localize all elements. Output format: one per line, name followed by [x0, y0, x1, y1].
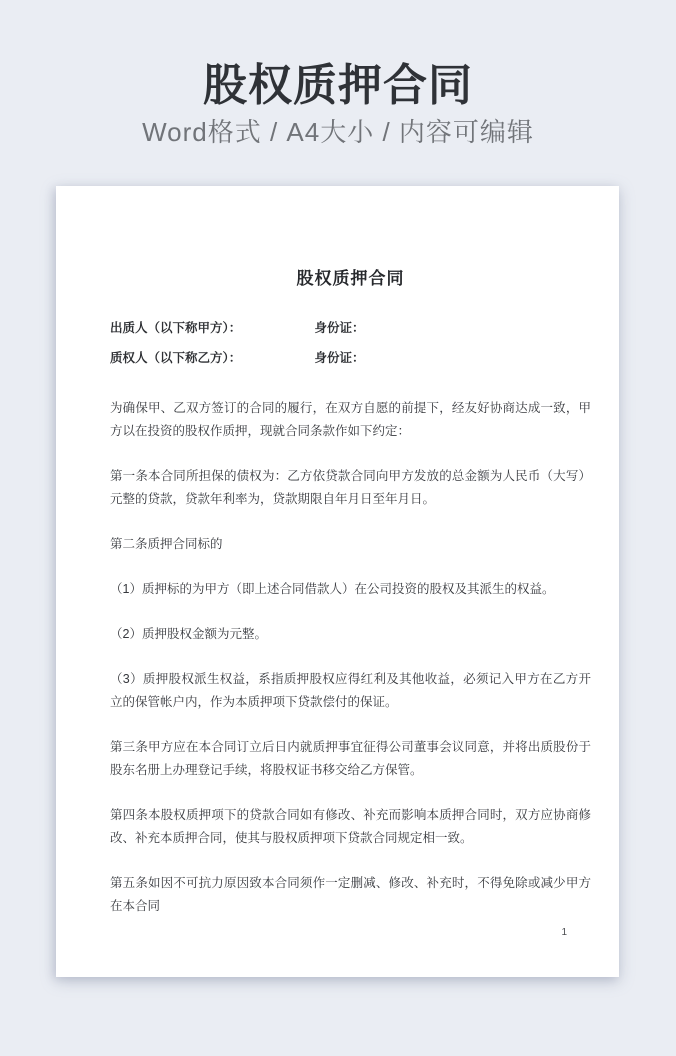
party-row-pledgee: 质权人（以下称乙方）： 身份证： [110, 347, 591, 370]
party-id-label: 身份证： [314, 351, 364, 365]
doc-paragraph: （2）质押股权金额为元整。 [110, 623, 591, 646]
party-row-pledgor: 出质人（以下称甲方）： 身份证： [110, 317, 591, 340]
doc-paragraph: 第一条本合同所担保的债权为：乙方依贷款合同向甲方发放的总金额为人民币（大写）元整… [110, 465, 591, 511]
doc-paragraph: 为确保甲、乙双方签订的合同的履行，在双方自愿的前提下，经友好协商达成一致，甲方以… [110, 397, 591, 443]
page-subtitle: Word格式 / A4大小 / 内容可编辑 [0, 118, 676, 148]
doc-paragraph: 第二条质押合同标的 [110, 533, 591, 556]
doc-body: 为确保甲、乙双方签订的合同的履行，在双方自愿的前提下，经友好协商达成一致，甲方以… [110, 397, 591, 918]
doc-paragraph: 第五条如因不可抗力原因致本合同须作一定删减、修改、补充时，不得免除或减少甲方在本… [110, 872, 591, 918]
doc-title: 股权质押合同 [110, 270, 591, 288]
doc-paragraph: （1）质押标的为甲方（即上述合同借款人）在公司投资的股权及其派生的权益。 [110, 578, 591, 601]
page-title: 股权质押合同 [0, 64, 676, 108]
party-name-label: 出质人（以下称甲方）： [110, 317, 311, 340]
doc-paragraph: 第三条甲方应在本合同订立后日内就质押事宜征得公司董事会议同意，并将出质股份于股东… [110, 736, 591, 782]
party-id-label: 身份证： [314, 321, 364, 335]
site-header: 股权质押合同 Word格式 / A4大小 / 内容可编辑 [0, 0, 676, 148]
doc-paragraph: （3）质押股权派生权益，系指质押股权应得红利及其他收益，必须记入甲方在乙方开立的… [110, 668, 591, 714]
document-page: 股权质押合同 出质人（以下称甲方）： 身份证： 质权人（以下称乙方）： 身份证：… [56, 186, 619, 977]
party-name-label: 质权人（以下称乙方）： [110, 347, 311, 370]
doc-paragraph: 第四条本股权质押项下的贷款合同如有修改、补充而影响本质押合同时，双方应协商修改、… [110, 804, 591, 850]
page-number: 1 [561, 927, 567, 939]
